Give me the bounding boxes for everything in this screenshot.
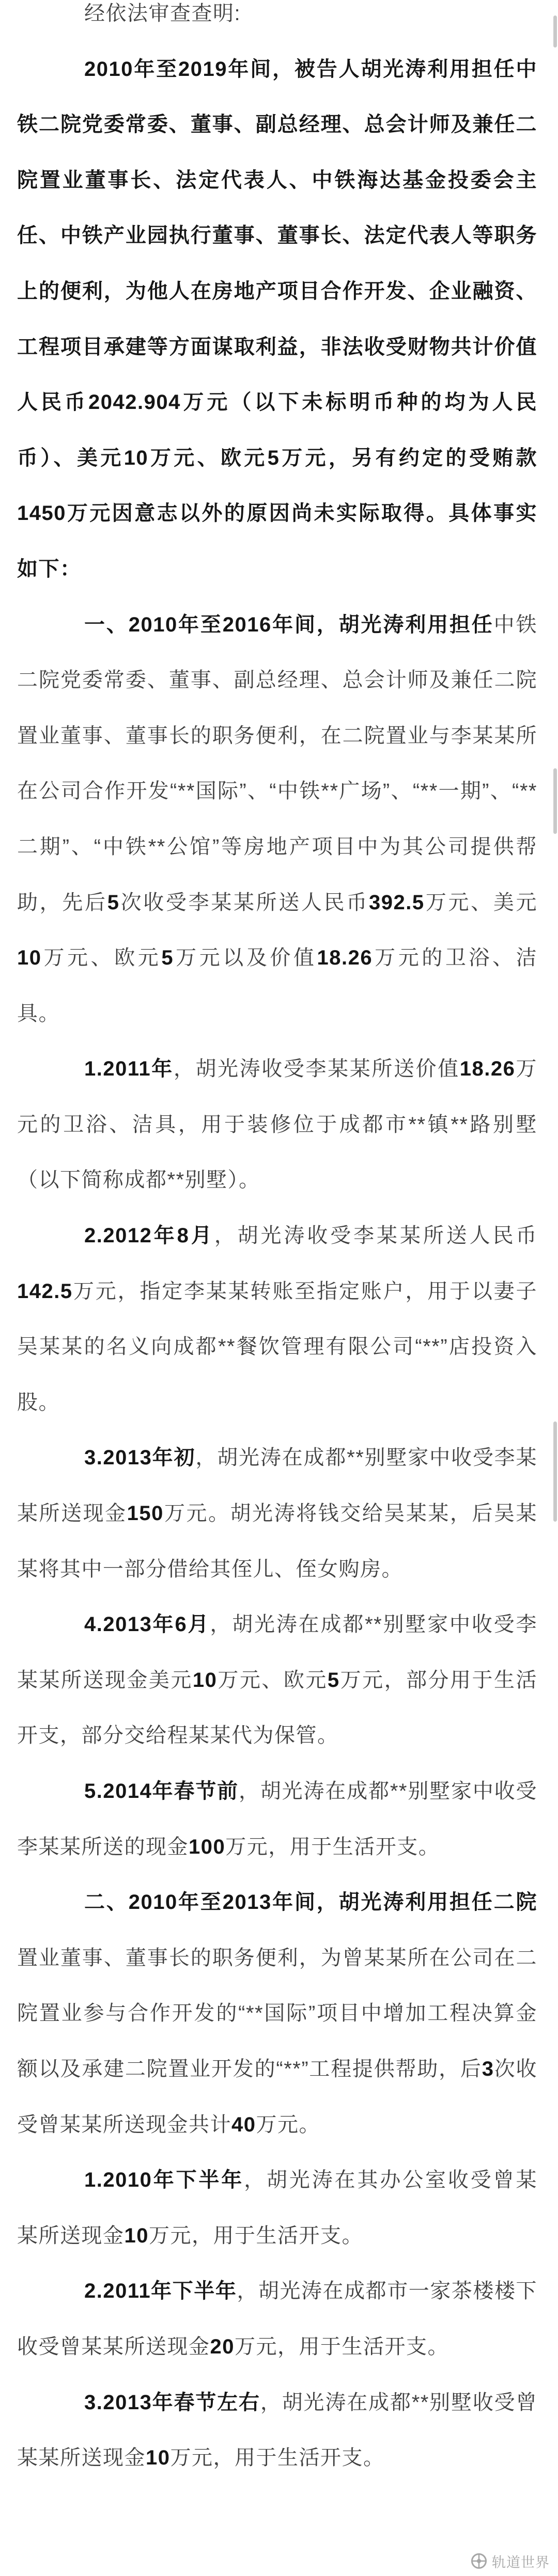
text-run: ，胡光涛收受李某某所送价值	[174, 1057, 460, 1080]
paragraph: 1.2010年下半年，胡光涛在其办公室收受曾某某所送现金10万元，用于生活开支。	[17, 2153, 537, 2264]
bold-text-run: 100	[189, 1836, 225, 1858]
bold-text-run: 18.26	[317, 946, 373, 969]
bold-text-run: 142.5	[17, 1280, 73, 1303]
paragraph: 3.2013年初，胡光涛在成都**别墅家中收受李某某所送现金150万元。胡光涛将…	[17, 1430, 537, 1597]
bold-text-run: 40	[231, 2113, 256, 2136]
scrollbar-thumb[interactable]	[553, 15, 557, 48]
bold-text-run: 2.2011年下半年	[84, 2280, 237, 2302]
scrollbar-thumb[interactable]	[553, 1421, 557, 1522]
bold-text-run: 10	[17, 946, 42, 969]
text-run: 中铁二院党委常委、董事、副总经理、总会计师及兼任二院置业董事、董事长的职务便利，…	[17, 613, 537, 914]
bold-text-run: 5	[107, 891, 120, 914]
text-run: ，胡光涛收受李某某所送人民币	[214, 1224, 537, 1247]
text-run: 经依法审查查明:	[84, 2, 241, 25]
text-run: 万元、欧元	[217, 1669, 327, 1692]
text-run: 万元，指定李某某转账至指定账户，用于以妻子吴某某的名义向成都**餐饮管理有限公司…	[17, 1280, 537, 1414]
text-run: 万元，用于生活开支。	[149, 2224, 363, 2247]
bold-text-run: 4.2013年6月	[84, 1613, 210, 1636]
watermark-brand: 轨道世界	[492, 2551, 550, 2571]
text-run: 万元，用于生活开支。	[225, 1836, 440, 1858]
bold-text-run: 5.2014年春节前	[84, 1780, 239, 1803]
paragraph: 5.2014年春节前，胡光涛在成都**别墅家中收受李某某所送的现金100万元，用…	[17, 1764, 537, 1875]
paragraph: 一、2010年至2016年间，胡光涛利用担任中铁二院党委常委、董事、副总经理、总…	[17, 597, 537, 1042]
bold-text-run: 18.26	[460, 1057, 516, 1080]
bold-text-run: 3.2013年春节左右	[84, 2391, 260, 2414]
paragraph: 4.2013年6月，胡光涛在成都**别墅家中收受李某某所送现金美元10万元、欧元…	[17, 1597, 537, 1764]
bold-text-run: 3	[482, 2058, 494, 2080]
paragraph: 经依法审查查明:	[17, 0, 537, 42]
bold-text-run: 2010年至2019年间，被告人胡光涛利用担任中铁二院党委常委、董事、副总经理、…	[17, 58, 537, 580]
paragraph: 二、2010年至2013年间，胡光涛利用担任二院置业董事、董事长的职务便利，为曾…	[17, 1875, 537, 2153]
bold-text-run: 392.5	[369, 891, 425, 914]
bold-text-run: 10	[125, 2224, 149, 2247]
text-run: 万元、美元	[425, 891, 537, 914]
paragraph: 2.2012年8月，胡光涛收受李某某所送人民币142.5万元，指定李某某转账至指…	[17, 1208, 537, 1430]
scrollbar-thumb[interactable]	[553, 768, 557, 834]
bold-text-run: 5	[161, 946, 174, 969]
bold-text-run: 150	[127, 1502, 164, 1525]
watermark: 轨道世界	[471, 2550, 550, 2572]
legal-document-text: 经依法审查查明:2010年至2019年间，被告人胡光涛利用担任中铁二院党委常委、…	[17, 0, 537, 2486]
text-run: 万元、欧元	[42, 946, 162, 969]
bold-text-run: 10	[146, 2446, 171, 2469]
text-run: 置业董事、董事长的职务便利，为曾某某所在公司在二院置业参与合作开发的“**国际”…	[17, 1947, 537, 2080]
bold-text-run: 20	[210, 2335, 235, 2358]
paragraph: 3.2013年春节左右，胡光涛在成都**别墅收受曾某某所送现金10万元，用于生活…	[17, 2375, 537, 2486]
text-run: 万元以及价值	[174, 946, 317, 969]
bold-text-run: 1.2011年	[84, 1057, 174, 1080]
rail-world-logo-icon	[471, 2553, 487, 2569]
paragraph: 2.2011年下半年，胡光涛在成都市一家茶楼楼下收受曾某某所送现金20万元，用于…	[17, 2264, 537, 2375]
bold-text-run: 10	[193, 1669, 218, 1692]
paragraph: 2010年至2019年间，被告人胡光涛利用担任中铁二院党委常委、董事、副总经理、…	[17, 42, 537, 597]
text-run: 万元，用于生活开支。	[171, 2446, 385, 2469]
paragraph: 1.2011年，胡光涛收受李某某所送价值18.26万元的卫浴、洁具，用于装修位于…	[17, 1041, 537, 1208]
bold-text-run: 2.2012年8月	[84, 1224, 214, 1247]
bold-text-run: 5	[328, 1669, 340, 1692]
bold-text-run: 3.2013年初	[84, 1446, 195, 1469]
text-run: 万元，用于生活开支。	[235, 2335, 449, 2358]
text-run: 万元。	[256, 2113, 321, 2136]
bold-text-run: 二、2010年至2013年间，胡光涛利用担任二院	[84, 1891, 537, 1914]
text-run: 次收受李某某所送人民币	[119, 891, 369, 914]
bold-text-run: 一、2010年至2016年间，胡光涛利用担任	[84, 613, 494, 636]
bold-text-run: 1.2010年下半年	[84, 2169, 244, 2191]
